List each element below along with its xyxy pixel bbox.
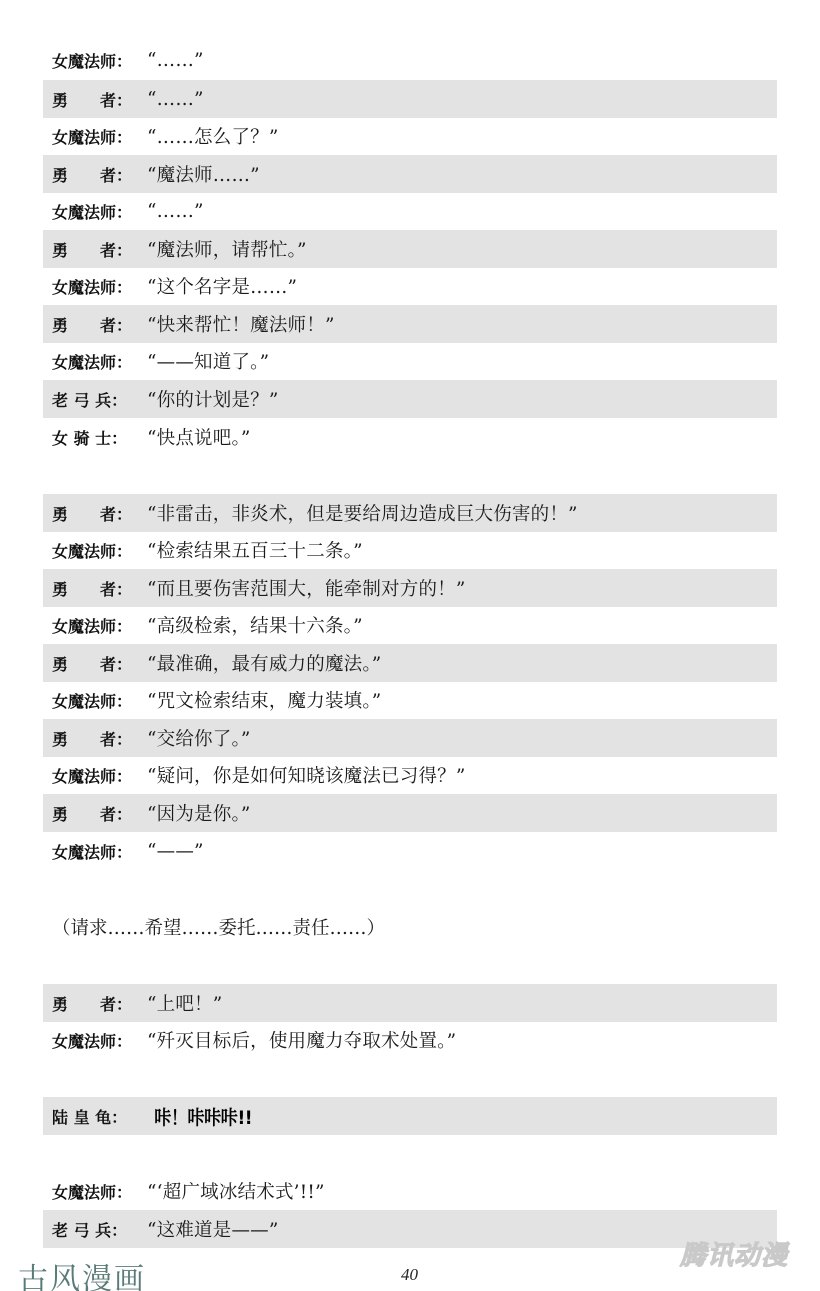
sound-effect-line: 咔！咔咔咔!! (147, 1103, 252, 1130)
dialogue-line: “魔法师，请帮忙。” (147, 236, 307, 262)
dialogue-row: 女魔法师：“——知道了。” (43, 342, 777, 380)
dialogue-line: “这个名字是……” (147, 273, 297, 299)
page-number: 40 (401, 1265, 418, 1285)
speaker-label: 老 弓 兵： (43, 388, 147, 411)
dialogue-row: 勇 者：“最准确，最有威力的魔法。” (43, 644, 777, 682)
speaker-label: 勇 者： (43, 577, 147, 600)
dialogue-line: “咒文检索结束，魔力装填。” (147, 687, 381, 713)
dialogue-line: “……” (147, 89, 204, 110)
dialogue-line: “歼灭目标后，使用魔力夺取术处置。” (147, 1027, 456, 1053)
dialogue-line: “最准确，最有威力的魔法。” (147, 650, 381, 676)
speaker-label: 女魔法师： (43, 275, 147, 298)
dialogue-row: 陆 皇 龟：咔！咔咔咔!! (43, 1097, 777, 1135)
dialogue-line: “你的计划是？” (147, 386, 279, 412)
dialogue-line: “快来帮忙！魔法师！” (147, 311, 335, 337)
dialogue-row: 女魔法师：“……怎么了？” (43, 117, 777, 155)
dialogue-row: 勇 者：“因为是你。” (43, 794, 777, 832)
novel-page: 女魔法师：“……”勇 者：“……”女魔法师：“……怎么了？”勇 者：“魔法师……… (0, 0, 820, 1291)
speaker-label: 勇 者： (43, 727, 147, 750)
dialogue-row: 勇 者：“魔法师……” (43, 155, 777, 193)
dialogue-row: 女魔法师：“……” (43, 41, 777, 79)
speaker-label: 勇 者： (43, 652, 147, 675)
dialogue-row: 女 骑 士：“快点说吧。” (43, 418, 777, 456)
dialogue-row: 勇 者：“而且要伤害范围大，能牵制对方的！” (43, 569, 777, 607)
speaker-label: 女魔法师： (43, 1029, 147, 1052)
speaker-label: 老 弓 兵： (43, 1218, 147, 1241)
dialogue-row: 女魔法师：“这个名字是……” (43, 267, 777, 305)
speaker-label: 女魔法师： (43, 840, 147, 863)
speaker-label: 女魔法师： (43, 764, 147, 787)
dialogue-line: “快点说吧。” (147, 424, 251, 450)
speaker-label: 女魔法师： (43, 539, 147, 562)
dialogue-line: “而且要伤害范围大，能牵制对方的！” (147, 575, 466, 601)
dialogue-row: 女魔法师：“歼灭目标后，使用魔力夺取术处置。” (43, 1021, 777, 1059)
inner-monologue: （请求……希望……委托……责任……） (52, 914, 385, 940)
speaker-label: 陆 皇 龟： (43, 1105, 147, 1128)
dialogue-line: “上吧！” (147, 990, 222, 1016)
dialogue-row: 女魔法师：“‘超广域冰结术式’!!” (43, 1172, 777, 1210)
dialogue-line: “高级检索，结果十六条。” (147, 612, 363, 638)
watermark-right: 腾讯动漫 (668, 1236, 800, 1270)
dialogue-line: “因为是你。” (147, 800, 251, 826)
dialogue-row: 勇 者：“……” (43, 80, 777, 118)
dialogue-line: “‘超广域冰结术式’!!” (147, 1178, 325, 1204)
speaker-label: 勇 者： (43, 313, 147, 336)
dialogue-row: 女魔法师：“疑问，你是如何知晓该魔法已习得？” (43, 756, 777, 794)
dialogue-line: “非雷击，非炎术，但是要给周边造成巨大伤害的！” (147, 500, 578, 526)
speaker-label: 女魔法师： (43, 614, 147, 637)
watermark-left: 古风漫画 (18, 1254, 146, 1291)
speaker-label: 勇 者： (43, 992, 147, 1015)
dialogue-row: 勇 者：“交给你了。” (43, 719, 777, 757)
dialogue-row: 女魔法师：“……” (43, 192, 777, 230)
dialogue-row: 勇 者：“上吧！” (43, 984, 777, 1022)
dialogue-line: “……” (147, 50, 204, 71)
speaker-label: 女魔法师： (43, 689, 147, 712)
dialogue-row: 女魔法师：“高级检索，结果十六条。” (43, 606, 777, 644)
dialogue-row: 女魔法师：“——” (43, 832, 777, 870)
speaker-label: 女魔法师： (43, 1180, 147, 1203)
speaker-label: 勇 者： (43, 502, 147, 525)
dialogue-line: “疑问，你是如何知晓该魔法已习得？” (147, 762, 466, 788)
dialogue-line: “这难道是——” (147, 1216, 279, 1242)
dialogue-line: “交给你了。” (147, 725, 251, 751)
dialogue-row: 老 弓 兵：“你的计划是？” (43, 380, 777, 418)
dialogue-row: 女魔法师：“咒文检索结束，魔力装填。” (43, 681, 777, 719)
speaker-label: 女魔法师： (43, 49, 147, 72)
speaker-label: 女魔法师： (43, 350, 147, 373)
speaker-label: 勇 者： (43, 802, 147, 825)
dialogue-row: 勇 者：“快来帮忙！魔法师！” (43, 305, 777, 343)
dialogue-row: 女魔法师：“检索结果五百三十二条。” (43, 531, 777, 569)
speaker-label: 女魔法师： (43, 125, 147, 148)
dialogue-row: 勇 者：“非雷击，非炎术，但是要给周边造成巨大伤害的！” (43, 494, 777, 532)
dialogue-line: “——” (147, 841, 204, 862)
dialogue-line: “——知道了。” (147, 348, 269, 374)
dialogue-line: “……怎么了？” (147, 123, 279, 149)
dialogue-line: “检索结果五百三十二条。” (147, 537, 363, 563)
dialogue-row: 老 弓 兵：“这难道是——” (43, 1210, 777, 1248)
speaker-label: 勇 者： (43, 238, 147, 261)
speaker-label: 女 骑 士： (43, 426, 147, 449)
dialogue-line: “魔法师……” (147, 161, 260, 187)
speaker-label: 勇 者： (43, 163, 147, 186)
speaker-label: 勇 者： (43, 88, 147, 111)
speaker-label: 女魔法师： (43, 200, 147, 223)
dialogue-line: “……” (147, 201, 204, 222)
dialogue-row: 勇 者：“魔法师，请帮忙。” (43, 230, 777, 268)
